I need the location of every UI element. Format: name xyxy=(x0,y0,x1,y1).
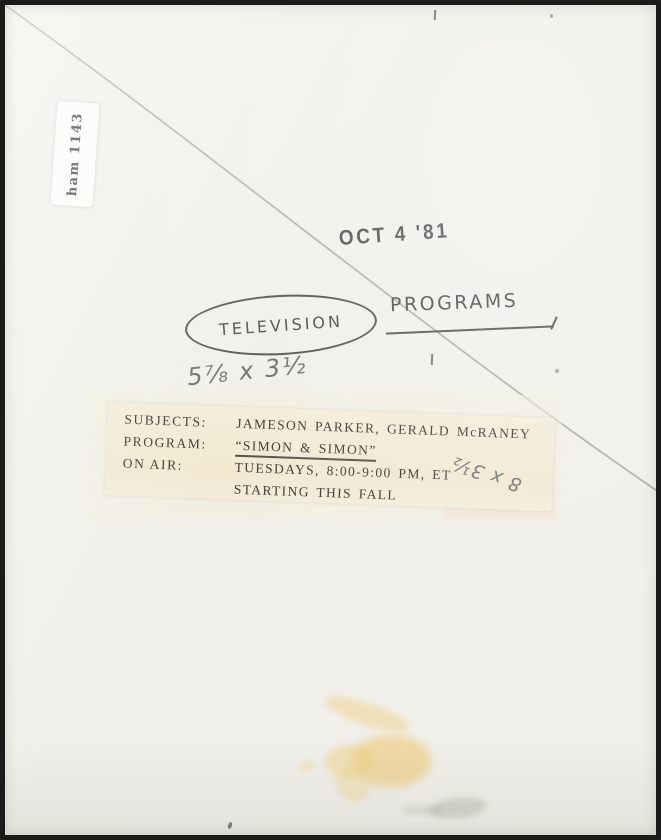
glue-stain xyxy=(328,762,375,808)
category-underline xyxy=(386,325,554,334)
archive-sticker: ham 1143 xyxy=(50,101,99,208)
category-underline-hook xyxy=(550,316,558,330)
glue-stain xyxy=(299,761,315,771)
caption-field-label: SUBJECTS: xyxy=(124,412,237,432)
caption-field-value: “SIMON & SIMON” xyxy=(235,438,377,462)
glue-stain xyxy=(351,735,431,787)
caption-field-label: PROGRAM: xyxy=(123,434,236,454)
photo-back-scan: ham 1143 OCT 4 '81 TELEVISION PROGRAMS 5… xyxy=(0,0,661,840)
glue-stain xyxy=(325,745,373,777)
caption-field-label: ON AIR: xyxy=(122,456,235,476)
date-stamp: OCT 4 '81 xyxy=(338,219,450,251)
category-underlined-text: PROGRAMS xyxy=(390,290,519,316)
crop-dot-middle xyxy=(555,369,559,373)
crop-tick-middle xyxy=(431,354,433,365)
speck-bottom xyxy=(227,822,233,830)
handwritten-size-note: 5⅞ x 3½ xyxy=(186,351,309,391)
category-circled-text: TELEVISION xyxy=(218,311,343,339)
category-circle: TELEVISION xyxy=(184,290,379,360)
glue-stain xyxy=(322,690,412,738)
crop-dot-top xyxy=(550,14,553,18)
crop-tick-top xyxy=(434,10,437,20)
caption-label: SUBJECTS: JAMESON PARKER, GERALD McRANEY… xyxy=(105,402,555,511)
archive-sticker-label: ham 1143 xyxy=(65,111,86,196)
pencil-smudge xyxy=(401,805,443,815)
pencil-smudge xyxy=(428,795,488,821)
